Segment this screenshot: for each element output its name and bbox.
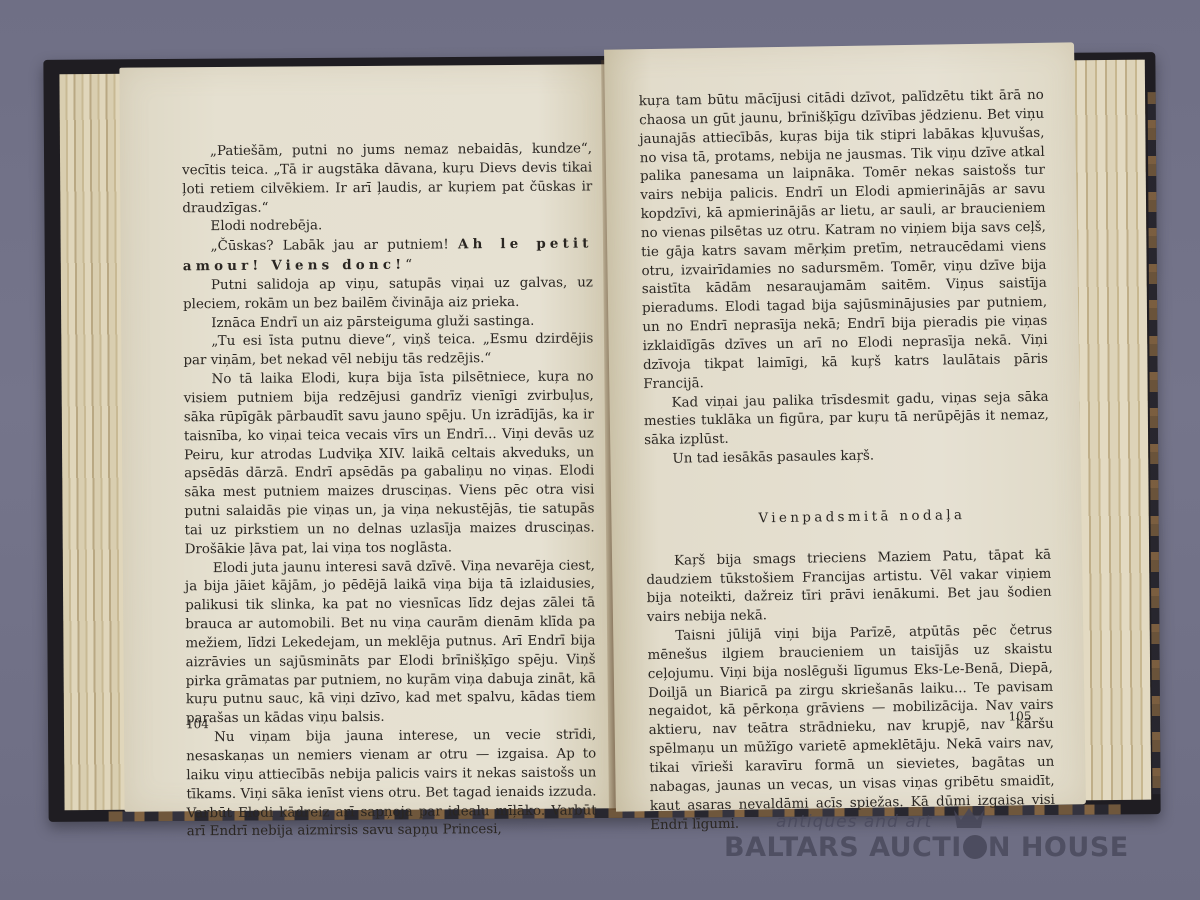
watermark-tagline: antiques and art bbox=[776, 812, 932, 832]
chapter-title: Vienpadsmitā nodaļa bbox=[645, 506, 1050, 531]
right-page-text: kuŗa tam būtu mācījusi citādi dzīvot, pa… bbox=[639, 87, 1056, 836]
left-page: „Patiešām, putni no jums nemaz nebaidās,… bbox=[119, 64, 616, 811]
paragraph: Kaŗš bija smags trieciens Maziem Patu, t… bbox=[646, 546, 1052, 628]
watermark-name-part2: N HOUSE bbox=[988, 832, 1129, 863]
paragraph: Taisni jūlijā viņi bija Parīzē, atpūtās … bbox=[647, 622, 1055, 836]
left-page-text: „Patiešām, putni no jums nemaz nebaidās,… bbox=[182, 140, 597, 842]
paragraph: kuŗa tam būtu mācījusi citādi dzīvot, pa… bbox=[639, 87, 1049, 395]
paragraph-text: “ bbox=[405, 258, 412, 273]
paragraph: „Patiešām, putni no jums nemaz nebaidās,… bbox=[182, 140, 593, 218]
paragraph: Putni salidoja ap viņu, satupās viņai uz… bbox=[183, 274, 593, 315]
watermark: antiques and art BALTARS AUCTIN HOUSE bbox=[724, 806, 1124, 876]
paragraph: Elodi juta jaunu interesi savā dzīvē. Vi… bbox=[185, 557, 596, 729]
crown-icon bbox=[952, 806, 986, 832]
paragraph: „Tu esi īsta putnu dieve“, viņš teica. „… bbox=[183, 331, 593, 372]
watermark-name-part1: BALTARS AUCTI bbox=[724, 832, 962, 863]
page-number-right: 105 bbox=[1008, 709, 1031, 723]
page-number-left: 104 bbox=[186, 717, 209, 731]
right-page: kuŗa tam būtu mācījusi citādi dzīvot, pa… bbox=[604, 42, 1086, 811]
paragraph-text: „Čūskas? Labāk jau ar putniem! bbox=[211, 238, 458, 255]
paragraph: Kad viņai jau palika trīsdesmit gadu, vi… bbox=[643, 388, 1049, 451]
paragraph: Nu viņam bija jauna interese, un vecie s… bbox=[186, 727, 597, 843]
globe-icon bbox=[963, 835, 987, 859]
watermark-name: BALTARS AUCTIN HOUSE bbox=[724, 832, 1129, 863]
paragraph: No tā laika Elodi, kuŗa bija īsta pilsēt… bbox=[184, 369, 595, 560]
paragraph: „Čūskas? Labāk jau ar putniem! Ah le pet… bbox=[183, 235, 593, 278]
